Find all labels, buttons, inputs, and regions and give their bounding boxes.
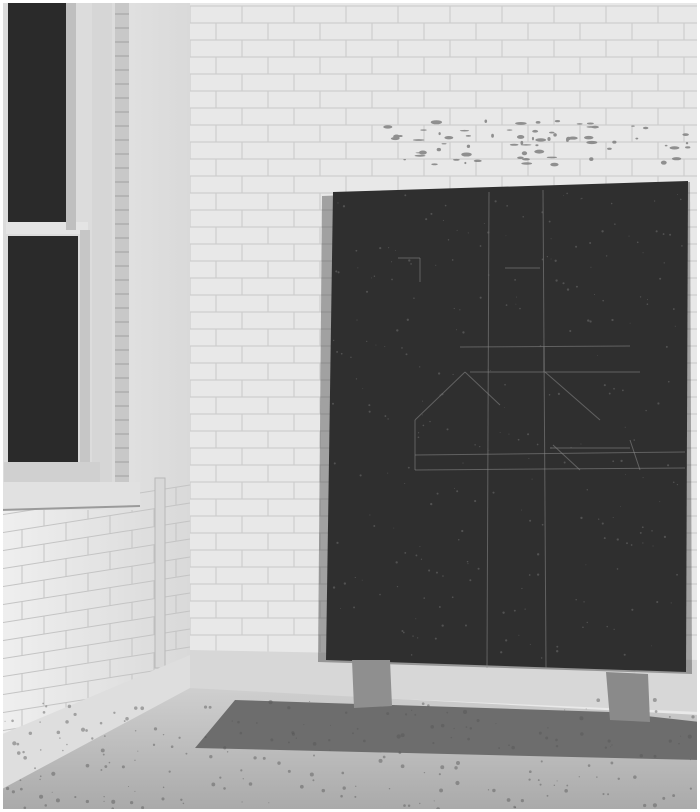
- studio-photograph: [0, 0, 700, 812]
- painting: [318, 181, 692, 674]
- pipe: [155, 478, 165, 668]
